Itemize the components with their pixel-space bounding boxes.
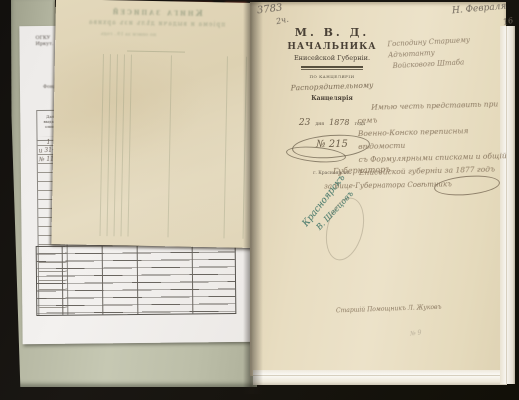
grid-column-line bbox=[102, 246, 104, 314]
archive-stamp: ОГКУ Иркут. bbox=[35, 35, 53, 47]
date-day: 23 bbox=[299, 118, 310, 128]
office-title: НАЧАЛЬНИКА bbox=[286, 42, 378, 52]
letterhead-rule bbox=[301, 66, 363, 68]
date-year: 1878 bbox=[329, 118, 349, 127]
grid-column-line bbox=[192, 245, 194, 313]
mirrored-title: Книга записей bbox=[56, 5, 258, 19]
archival-photo-frame: ОГКУ Иркут. Фонд Р Дата выдачи описи 1 и… bbox=[0, 0, 519, 400]
letterhead-rule-thin bbox=[301, 69, 363, 70]
show-through-column-line bbox=[167, 55, 171, 237]
pencil-bottom-note: № 9 bbox=[410, 329, 422, 337]
verso-form-sheet: Книга записей пріема и выдачи дѣлъ изъ а… bbox=[51, 0, 258, 248]
department-caps: ПО КАНЦЕЛЯРІИ bbox=[286, 74, 378, 79]
show-through-column-line bbox=[99, 54, 103, 236]
form-entry: № 11 bbox=[39, 156, 55, 164]
show-through-column-line bbox=[223, 56, 227, 238]
mirrored-note: по описи за 19.. годъ bbox=[27, 30, 229, 40]
mirrored-subtitle: пріема и выдачи дѣлъ изъ архива bbox=[56, 18, 258, 29]
mvd-abbreviation: М. В. Д. bbox=[286, 26, 378, 39]
grid-column-line bbox=[62, 247, 64, 315]
page-stack-right-edge bbox=[500, 26, 515, 384]
show-through-column-line bbox=[113, 54, 117, 236]
grid-column-line bbox=[137, 246, 139, 314]
department-script: Распорядительному bbox=[286, 80, 378, 92]
show-through-column-line bbox=[127, 55, 131, 237]
province-line: Енисейской Губерніи. bbox=[286, 54, 378, 62]
page-stack-bottom-edge bbox=[253, 370, 507, 385]
address-block: Господину Старшему Адъютанту Войскового … bbox=[387, 33, 517, 73]
form-grid-table bbox=[36, 244, 237, 316]
show-through-column-line bbox=[120, 54, 124, 236]
date-dnya-label: дня bbox=[315, 122, 324, 127]
show-through-column-line bbox=[242, 57, 246, 239]
show-through-column-line bbox=[106, 54, 110, 236]
archive-stamp-line2: Иркут. bbox=[35, 41, 53, 47]
form-entry: 1 bbox=[47, 139, 51, 146]
show-through-rule bbox=[127, 50, 185, 52]
